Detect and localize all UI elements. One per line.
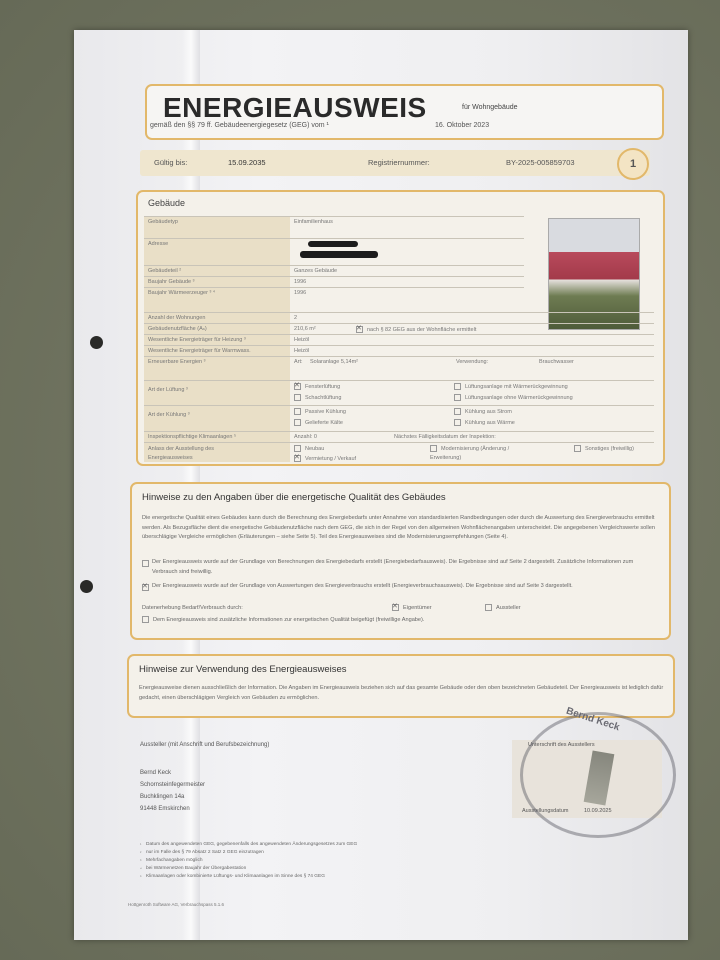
area-method-checkbox[interactable] — [356, 326, 363, 333]
issuer-street: Buchklingen 14a — [140, 794, 184, 800]
footnote-4: bei Wärmenetzen Baujahr der Übergabestat… — [146, 866, 246, 871]
checkbox-ventilation-with-recovery[interactable] — [454, 383, 461, 390]
footnote-3: Mehrfachangaben möglich — [146, 858, 203, 863]
legal-basis: gemäß den §§ 79 ff. Gebäudeenergiegesetz… — [150, 122, 329, 129]
row-units: Anzahl der Wohnungen 2 — [144, 312, 654, 323]
section-title: Gebäude — [148, 198, 185, 208]
issuer-city: 91448 Emskirchen — [140, 806, 190, 812]
issuer-name: Bernd Keck — [140, 770, 171, 776]
row-renewables: Erneuerbare Energien ³ Art: Solaranlage … — [144, 356, 654, 379]
building-section: Gebäude Gebäudetyp Einfamilienhaus Adres… — [136, 190, 665, 466]
row-inspection: Inspektionspflichtige Klimaanlagen ⁵ Anz… — [144, 431, 654, 442]
issuer-profession: Schornsteinfegermeister — [140, 782, 205, 788]
usage-text: Energieausweise dienen ausschließlich de… — [139, 684, 664, 703]
checkbox-delivered-cold[interactable] — [294, 419, 301, 426]
page-number-badge: 1 — [617, 148, 649, 180]
row-cooling: Art der Kühlung ³ Passive Kühlung Gelief… — [144, 405, 654, 430]
row-usable-area: Gebäudenutzfläche (Aₙ) 210,6 m² nach § 8… — [144, 323, 654, 334]
punch-hole — [80, 580, 93, 593]
row-year-heater: Baujahr Wärmeerzeuger ³ ⁴ 1996 — [144, 287, 524, 310]
document-title: ENERGIEAUSWEIS — [163, 92, 427, 124]
row-building-part: Gebäudeteil ² Ganzes Gebäude — [144, 265, 524, 276]
checkbox-consumption-certificate[interactable] — [142, 584, 149, 591]
registration-label: Registriernummer: — [368, 158, 430, 167]
usage-notes: Hinweise zur Verwendung des Energieauswe… — [127, 654, 675, 718]
energy-quality-notes: Hinweise zu den Angaben über die energet… — [130, 482, 671, 640]
title-suffix: für Wohngebäude — [462, 104, 518, 111]
row-reason: Anlass der Ausstellung des Energieauswei… — [144, 442, 654, 463]
checkbox-shaft-ventilation[interactable] — [294, 394, 301, 401]
checkbox-other[interactable] — [574, 445, 581, 452]
software-credit: Hottgenroth Software AG, Verbrauchspass … — [128, 902, 224, 907]
checkbox-new-build[interactable] — [294, 445, 301, 452]
data-collection-row: Datenerhebung Bedarf/Verbrauch durch: Ei… — [142, 604, 657, 614]
row-building-type: Gebäudetyp Einfamilienhaus — [144, 216, 524, 237]
valid-until-label: Gültig bis: — [154, 158, 187, 167]
redaction-mark — [300, 251, 378, 258]
issuer-label: Aussteller (mit Anschrift und Berufsbeze… — [140, 742, 269, 748]
footnote-2: nur im Falle des § 79 Absatz 2 Satz 2 GE… — [146, 850, 264, 855]
checkbox-modernisation[interactable] — [430, 445, 437, 452]
row-ventilation: Art der Lüftung ³ Fensterlüftung Schacht… — [144, 380, 654, 405]
registration-number: BY-2025-005859703 — [506, 158, 575, 167]
validity-bar: Gültig bis: 15.09.2035 Registriernummer:… — [140, 150, 650, 176]
option-consumption: Der Energieausweis wurde auf der Grundla… — [142, 582, 657, 592]
option-demand: Der Energieausweis wurde auf der Grundla… — [142, 558, 657, 577]
notes-intro: Die energetische Qualität eines Gebäudes… — [142, 514, 657, 543]
checkbox-window-ventilation[interactable] — [294, 383, 301, 390]
option-additional: Dem Energieausweis sind zusätzliche Info… — [142, 616, 657, 626]
legal-date: 16. Oktober 2023 — [435, 122, 489, 129]
valid-until-value: 15.09.2035 — [228, 158, 266, 167]
usage-title: Hinweise zur Verwendung des Energieauswe… — [139, 664, 347, 675]
row-hotwater-carrier: Wesentliche Energieträger für Warmwass. … — [144, 345, 654, 356]
punch-hole — [90, 336, 103, 349]
row-heating-carrier: Wesentliche Energieträger für Heizung ³ … — [144, 334, 654, 345]
title-box: ENERGIEAUSWEIS für Wohngebäude gemäß den… — [145, 84, 664, 140]
checkbox-additional-info[interactable] — [142, 616, 149, 623]
checkbox-demand-certificate[interactable] — [142, 560, 149, 567]
checkbox-ventilation-without-recovery[interactable] — [454, 394, 461, 401]
checkbox-issuer[interactable] — [485, 604, 492, 611]
redaction-mark — [308, 241, 358, 247]
checkbox-cooling-electric[interactable] — [454, 408, 461, 415]
row-year-built: Baujahr Gebäude ³ 1996 — [144, 276, 524, 287]
checkbox-cooling-heat[interactable] — [454, 419, 461, 426]
row-address: Adresse — [144, 238, 524, 263]
checkbox-passive-cooling[interactable] — [294, 408, 301, 415]
checkbox-owner[interactable] — [392, 604, 399, 611]
notes-title: Hinweise zu den Angaben über die energet… — [142, 492, 446, 503]
footnote-1: Datum des angewendeten GEG, gegebenenfal… — [146, 842, 357, 847]
footnote-5: Klimaanlagen oder kombinierte Lüftungs- … — [146, 874, 325, 879]
checkbox-rent-sale[interactable] — [294, 455, 301, 462]
